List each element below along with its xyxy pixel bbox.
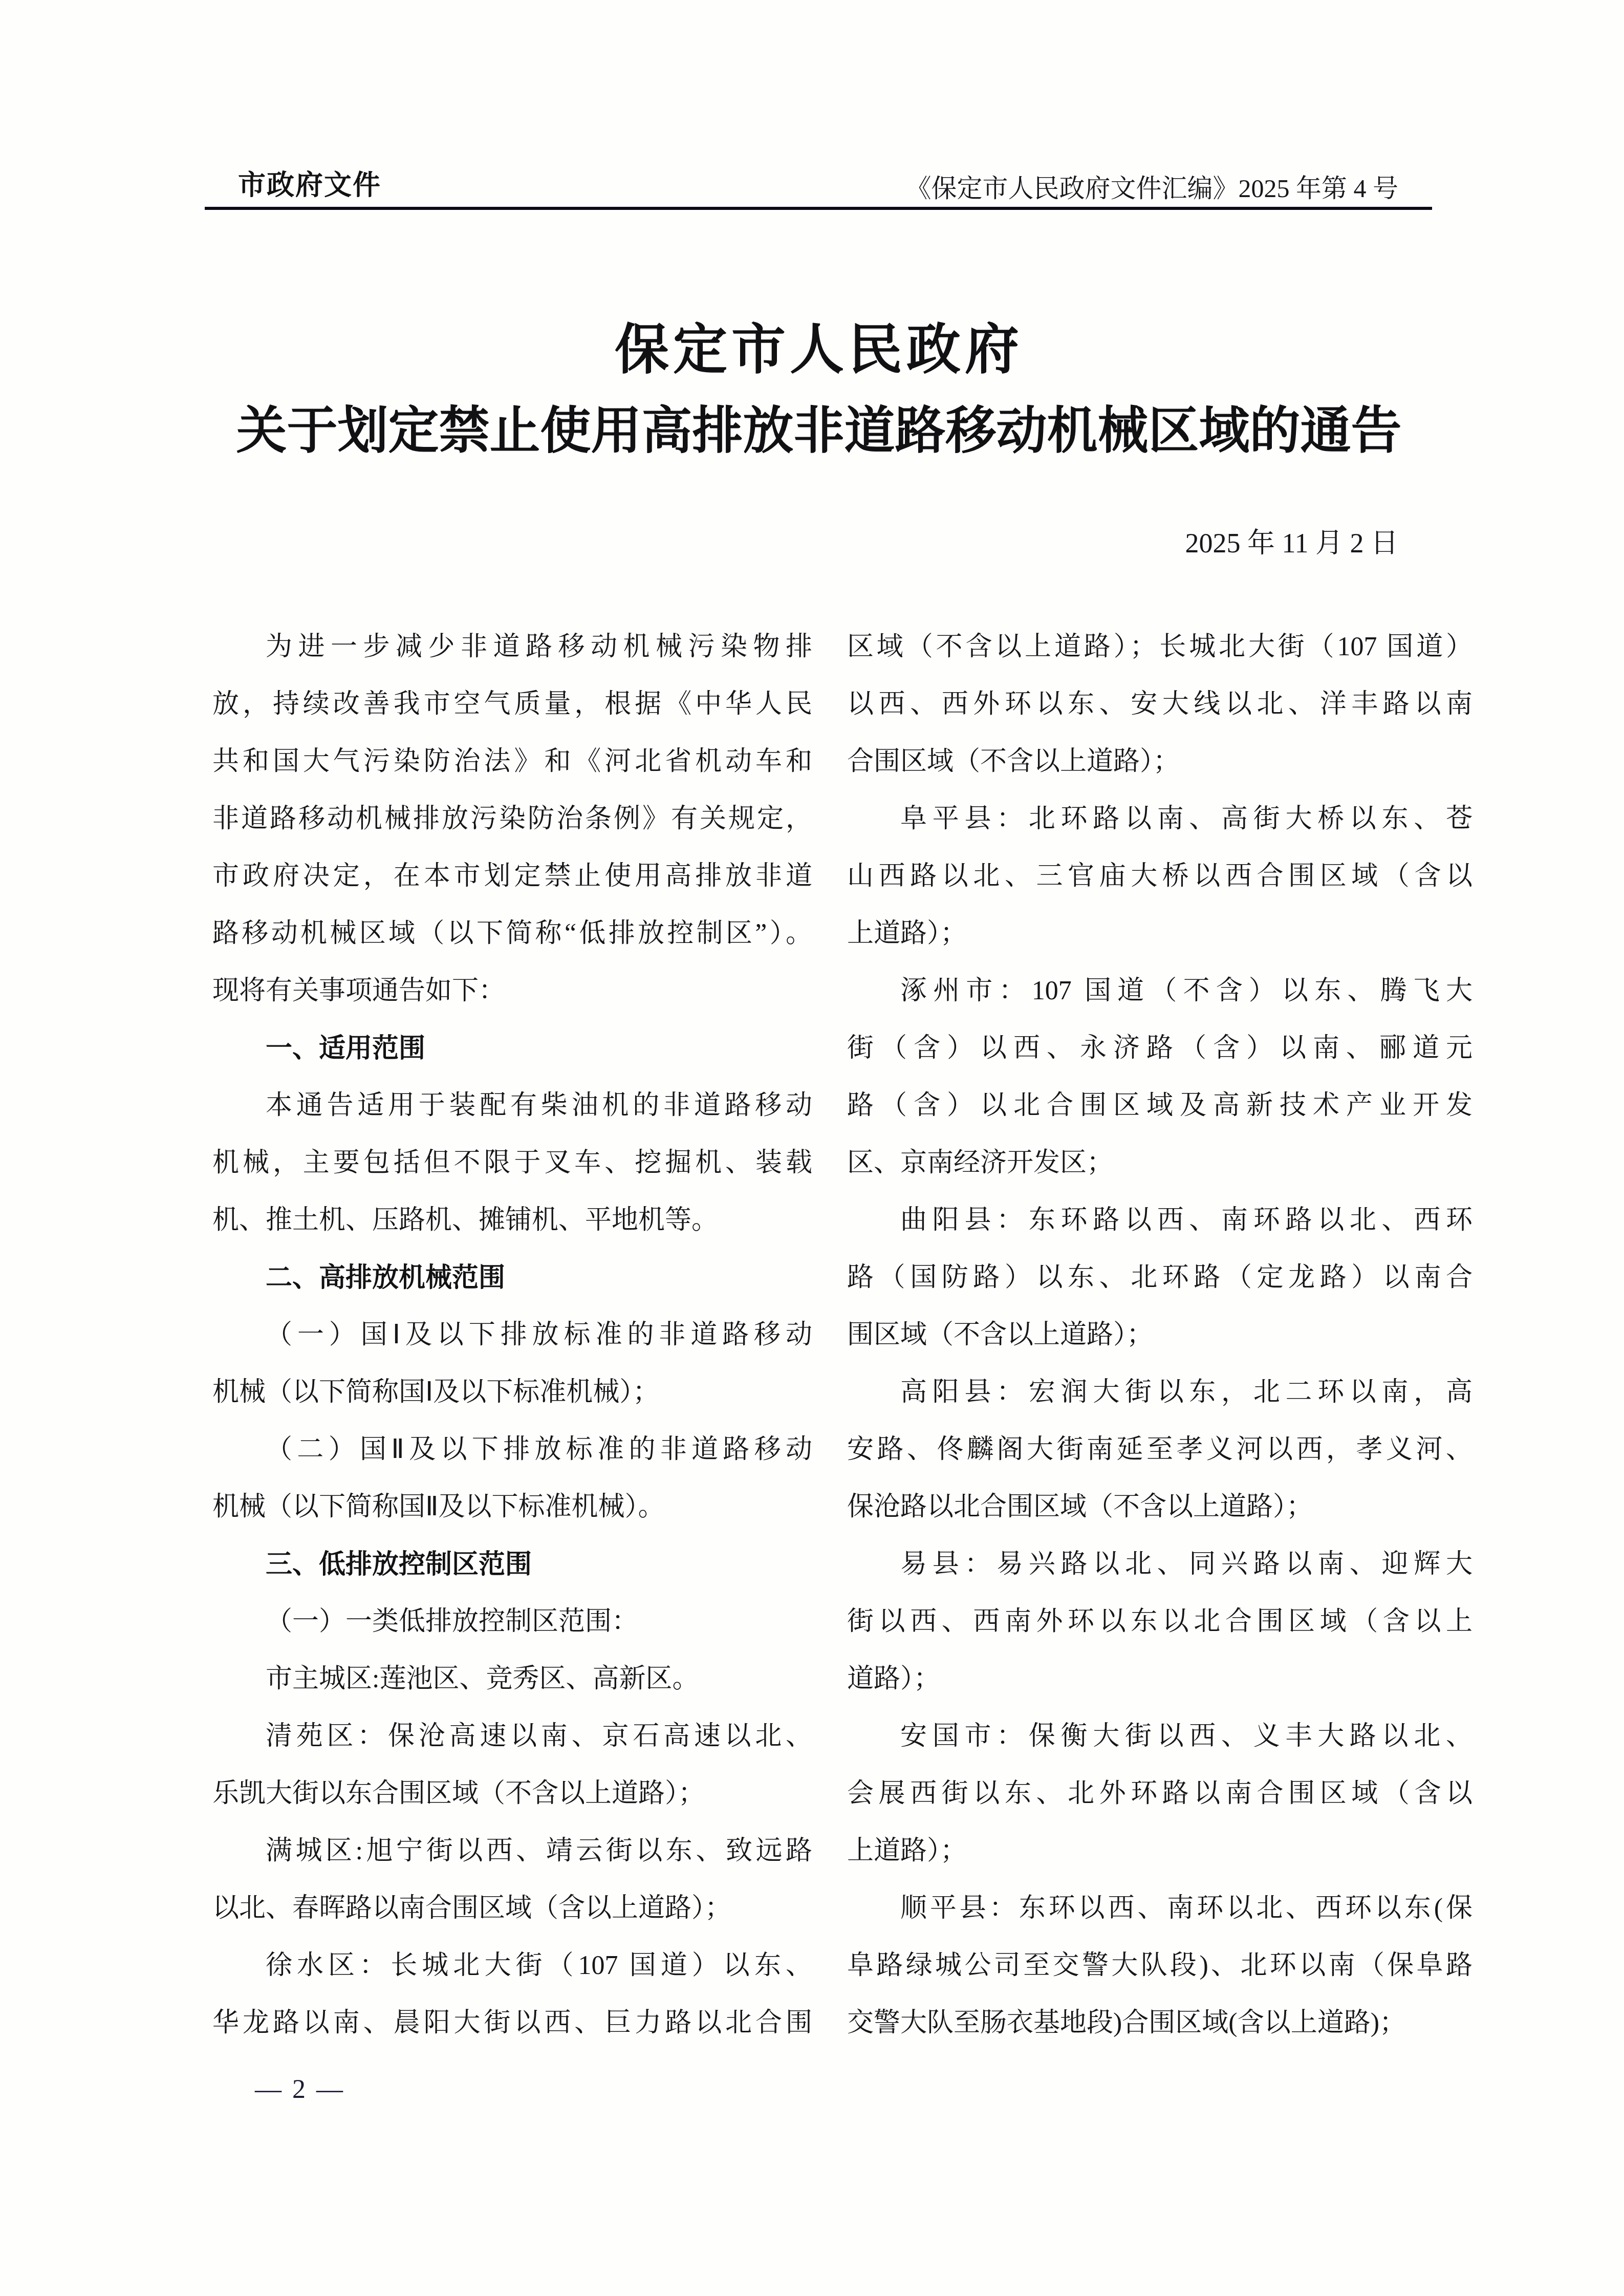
body-line: 共和国大气污染防治法》和《河北省机动车和 xyxy=(212,733,812,790)
body-line: 市主城区:莲池区、竞秀区、高新区。 xyxy=(212,1650,812,1708)
body-line: 安路、佟麟阁大街南延至孝义河以西，孝义河、 xyxy=(847,1421,1473,1478)
body-line: 市政府决定，在本市划定禁止使用高排放非道 xyxy=(212,848,812,905)
body-line: 路移动机械区域（以下简称“低排放控制区”）。 xyxy=(212,905,812,962)
body-line: 机械（以下简称国Ⅰ及以下标准机械）； xyxy=(212,1364,812,1421)
body-line: 会展西街以东、北外环路以南合围区域（含以 xyxy=(847,1765,1473,1822)
body-line: 阜平县：北环路以南、高街大桥以东、苍 xyxy=(847,790,1473,848)
body-line: 顺平县：东环以西、南环以北、西环以东(保 xyxy=(847,1880,1473,1937)
body-line: 曲阳县：东环路以西、南环路以北、西环 xyxy=(847,1192,1473,1249)
body-line: 清苑区：保沧高速以南、京石高速以北、 xyxy=(212,1708,812,1765)
body-line: 以北、春晖路以南合围区域（含以上道路）； xyxy=(212,1880,812,1937)
body-line: 为进一步减少非道路移动机械污染物排 xyxy=(212,618,812,676)
body-line: 区域（不含以上道路）；长城北大街（107 国道） xyxy=(847,618,1473,676)
section-heading-line: 二、高排放机械范围 xyxy=(212,1249,812,1306)
header-category-label: 市政府文件 xyxy=(238,170,381,201)
body-line: 路（含）以北合围区域及高新技术产业开发 xyxy=(847,1077,1473,1134)
header-compilation-issue-label: 《保定市人民政府文件汇编》2025 年第 4 号 xyxy=(906,174,1399,203)
body-line: 山西路以北、三官庙大桥以西合围区域（含以 xyxy=(847,848,1473,905)
document-subtitle: 关于划定禁止使用高排放非道路移动机械区域的通告 xyxy=(205,390,1433,463)
body-right-column: 区域（不含以上道路）；长城北大街（107 国道）以西、西外环以东、安大线以北、洋… xyxy=(847,618,1473,2052)
body-line: 满城区:旭宁街以西、靖云街以东、致远路 xyxy=(212,1822,812,1880)
body-line: 交警大队至肠衣基地段)合围区域(含以上道路)； xyxy=(847,1994,1473,2052)
body-line: 上道路）； xyxy=(847,905,1473,962)
body-line: 合围区域（不含以上道路）； xyxy=(847,733,1473,790)
section-heading-line: 一、适用范围 xyxy=(212,1020,812,1077)
body-line: 机、推土机、压路机、摊铺机、平地机等。 xyxy=(212,1192,812,1249)
document-page: 市政府文件 《保定市人民政府文件汇编》2025 年第 4 号 保定市人民政府 关… xyxy=(0,0,1624,2296)
body-line: 高阳县：宏润大街以东，北二环以南，高 xyxy=(847,1364,1473,1421)
body-line: 围区域（不含以上道路）； xyxy=(847,1306,1473,1364)
body-line: 乐凯大街以东合围区域（不含以上道路）； xyxy=(212,1765,812,1822)
body-line: 阜路绿城公司至交警大队段)、北环以南（保阜路 xyxy=(847,1937,1473,1994)
body-line: 街（含）以西、永济路（含）以南、郦道元 xyxy=(847,1020,1473,1077)
body-line: （一）国Ⅰ及以下排放标准的非道路移动 xyxy=(212,1306,812,1364)
page-number: — 2 — xyxy=(255,2074,345,2105)
body-line: 区、京南经济开发区； xyxy=(847,1134,1473,1192)
body-line: （一）一类低排放控制区范围： xyxy=(212,1593,812,1650)
body-line: 放，持续改善我市空气质量，根据《中华人民 xyxy=(212,676,812,733)
header-rule xyxy=(205,207,1432,210)
section-heading-line: 三、低排放控制区范围 xyxy=(212,1536,812,1593)
body-line: 华龙路以南、晨阳大街以西、巨力路以北合围 xyxy=(212,1994,812,2052)
body-line: 易县：易兴路以北、同兴路以南、迎辉大 xyxy=(847,1536,1473,1593)
body-line: 徐水区：长城北大街（107 国道）以东、 xyxy=(212,1937,812,1994)
issue-date: 2025 年 11 月 2 日 xyxy=(1185,521,1399,561)
body-line: （二）国Ⅱ及以下排放标准的非道路移动 xyxy=(212,1421,812,1478)
body-line: 上道路）； xyxy=(847,1822,1473,1880)
body-line: 街以西、西南外环以东以北合围区域（含以上 xyxy=(847,1593,1473,1650)
body-line: 非道路移动机械排放污染防治条例》有关规定， xyxy=(212,790,812,848)
document-title: 保定市人民政府 xyxy=(205,306,1433,384)
body-line: 道路）； xyxy=(847,1650,1473,1708)
body-line: 现将有关事项通告如下： xyxy=(212,962,812,1020)
body-line: 本通告适用于装配有柴油机的非道路移动 xyxy=(212,1077,812,1134)
body-line: 涿州市：107 国道（不含）以东、腾飞大 xyxy=(847,962,1473,1020)
body-left-column: 为进一步减少非道路移动机械污染物排放，持续改善我市空气质量，根据《中华人民共和国… xyxy=(212,618,812,2052)
body-line: 机械，主要包括但不限于叉车、挖掘机、装载 xyxy=(212,1134,812,1192)
body-line: 保沧路以北合围区域（不含以上道路）； xyxy=(847,1478,1473,1536)
body-line: 机械（以下简称国Ⅱ及以下标准机械）。 xyxy=(212,1478,812,1536)
body-line: 路（国防路）以东、北环路（定龙路）以南合 xyxy=(847,1249,1473,1306)
body-line: 安国市：保衡大街以西、义丰大路以北、 xyxy=(847,1708,1473,1765)
body-line: 以西、西外环以东、安大线以北、洋丰路以南 xyxy=(847,676,1473,733)
